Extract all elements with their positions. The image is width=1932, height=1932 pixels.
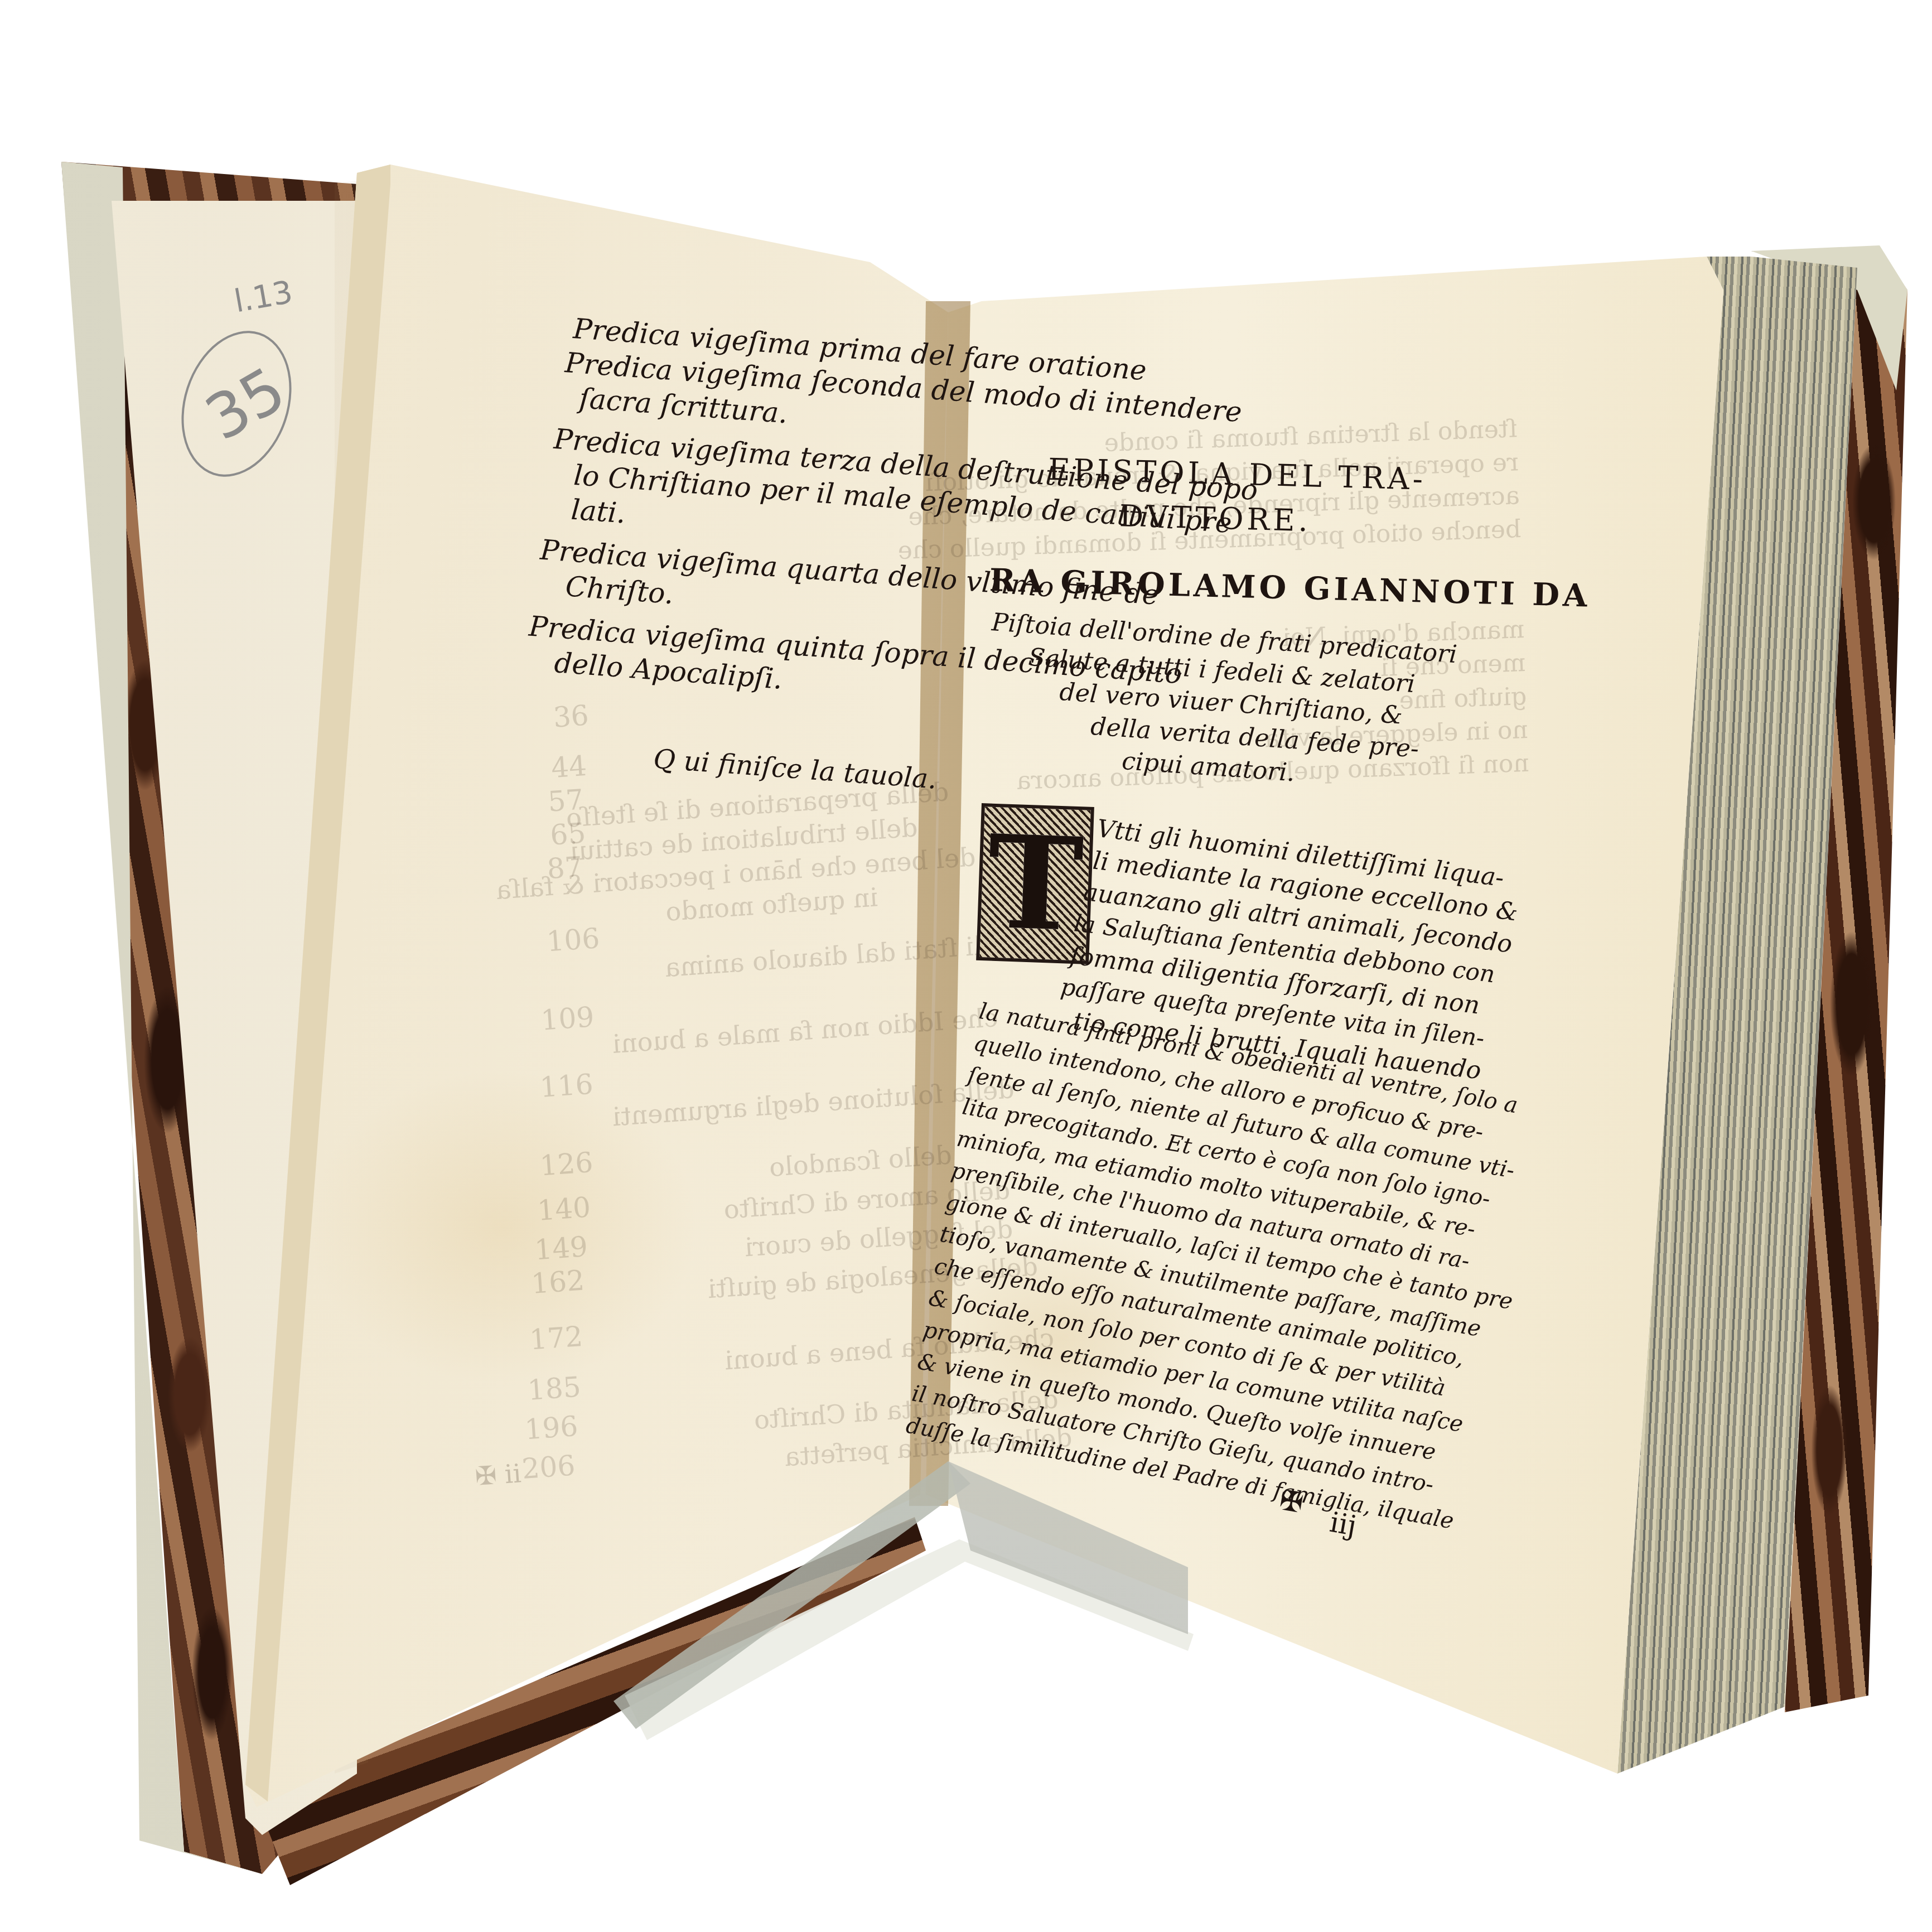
acrylic-book-stand bbox=[0, 0, 1932, 1932]
stand-base bbox=[0, 0, 1932, 1932]
stand-right-arm bbox=[0, 0, 1932, 1932]
stand-left-arm bbox=[0, 0, 1932, 1932]
